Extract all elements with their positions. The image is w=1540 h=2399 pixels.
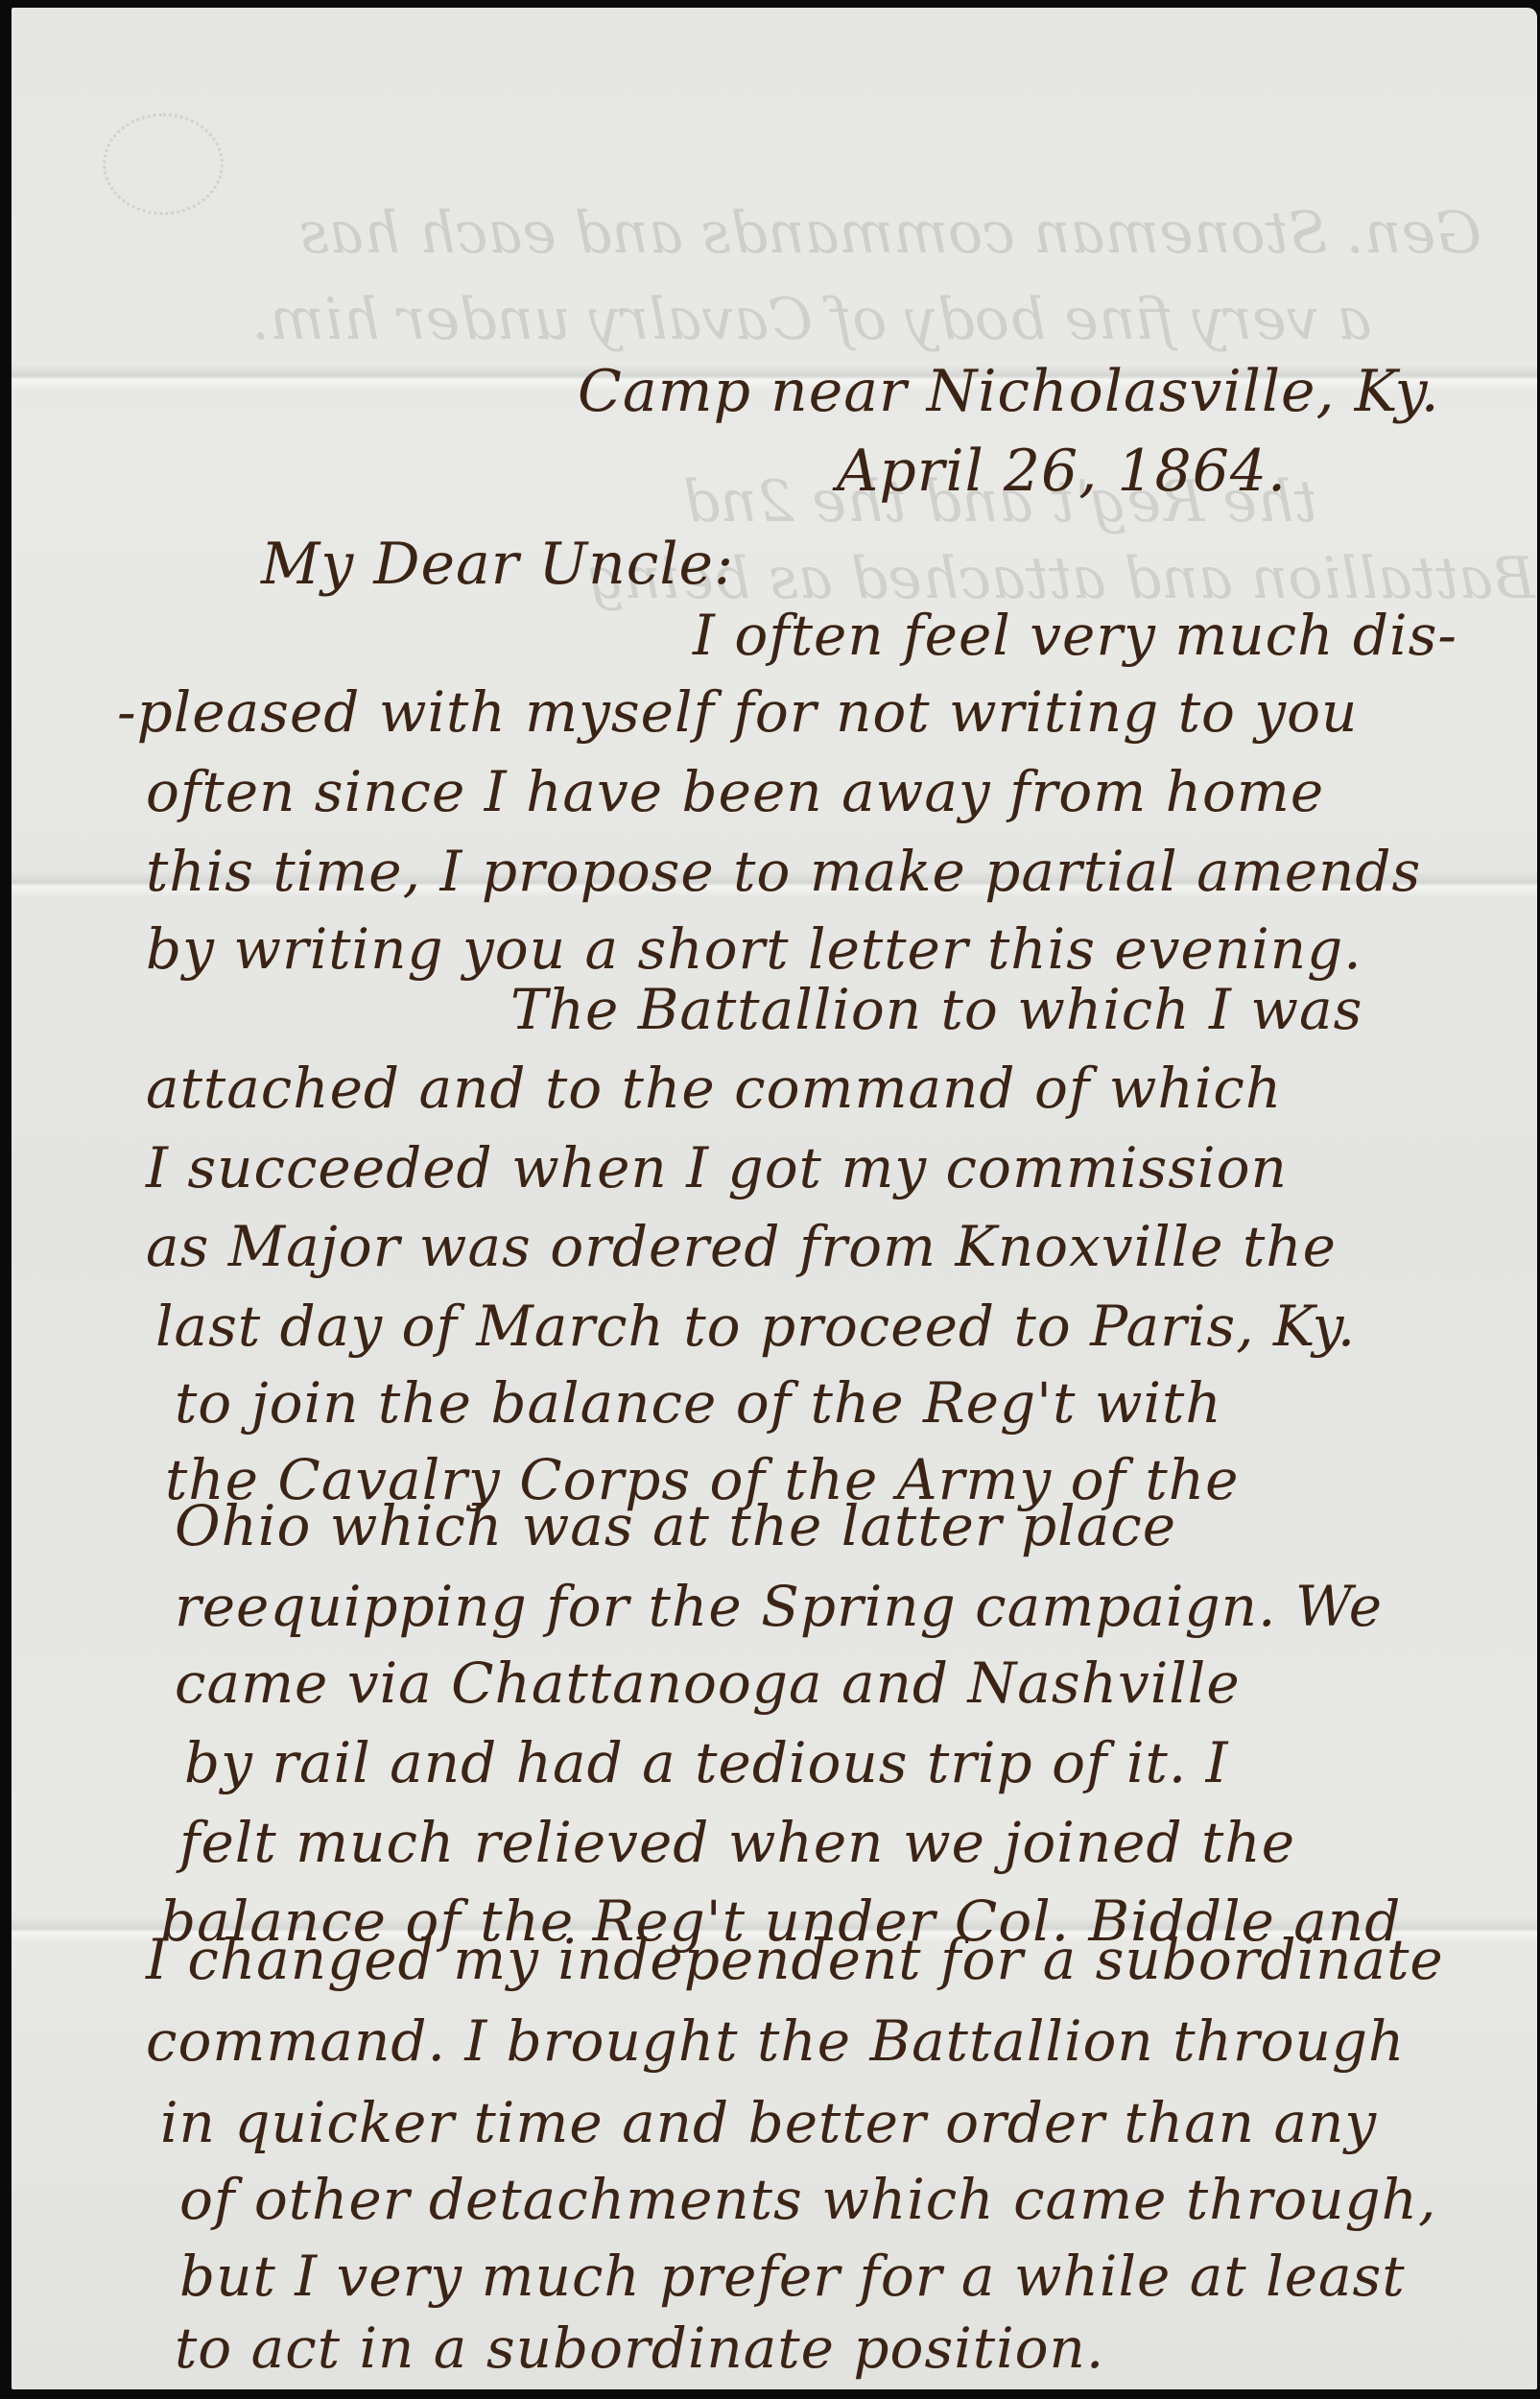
letter-date: April 26, 1864. — [837, 438, 1287, 505]
letter-line: The Battallion to which I was — [510, 977, 1362, 1042]
letter-line: I succeeded when I got my commission — [146, 1135, 1288, 1200]
letter-line: by rail and had a tedious trip of it. I — [184, 1730, 1229, 1795]
letter-line: this time, I propose to make partial ame… — [146, 839, 1421, 904]
letter-page: Gen. Stoneman commands and each has a ve… — [12, 8, 1537, 2389]
bleed-through-text: Gen. Stoneman commands and each has — [299, 200, 1481, 267]
letter-line: came via Chattanooga and Nashville — [175, 1651, 1241, 1716]
letter-line: often since I have been away from home — [146, 759, 1324, 824]
letter-line: last day of March to proceed to Paris, K… — [155, 1294, 1356, 1359]
letter-place: Camp near Nicholasville, Ky. — [578, 358, 1440, 425]
letter-salutation: My Dear Uncle: — [261, 531, 734, 598]
letter-line: I changed my independent for a subordina… — [146, 1927, 1444, 1992]
letter-line: of other detachments which came through, — [179, 2167, 1436, 2232]
letter-line: I often feel very much dis- — [693, 603, 1457, 668]
bleed-through-text: a very fine body of Cavalry under him. — [251, 286, 1371, 353]
letter-line: as Major was ordered from Knoxville the — [146, 1214, 1337, 1279]
letter-line: command. I brought the Battallion throug… — [146, 2008, 1405, 2074]
letter-line: but I very much prefer for a while at le… — [179, 2244, 1406, 2309]
letter-line: reequipping for the Spring campaign. We — [175, 1574, 1383, 1639]
letter-line: -pleased with myself for not writing to … — [117, 679, 1358, 745]
letter-line: to act in a subordinate position. — [175, 2316, 1104, 2381]
letter-line: Ohio which was at the latter place — [175, 1493, 1176, 1558]
letter-line: by writing you a short letter this eveni… — [146, 916, 1362, 982]
embossed-stationery-seal — [103, 113, 224, 215]
letter-line: in quicker time and better order than an… — [160, 2090, 1377, 2155]
letter-line: to join the balance of the Reg't with — [175, 1370, 1222, 1436]
letter-line: attached and to the command of which — [146, 1056, 1282, 1121]
letter-line: felt much relieved when we joined the — [179, 1810, 1295, 1875]
